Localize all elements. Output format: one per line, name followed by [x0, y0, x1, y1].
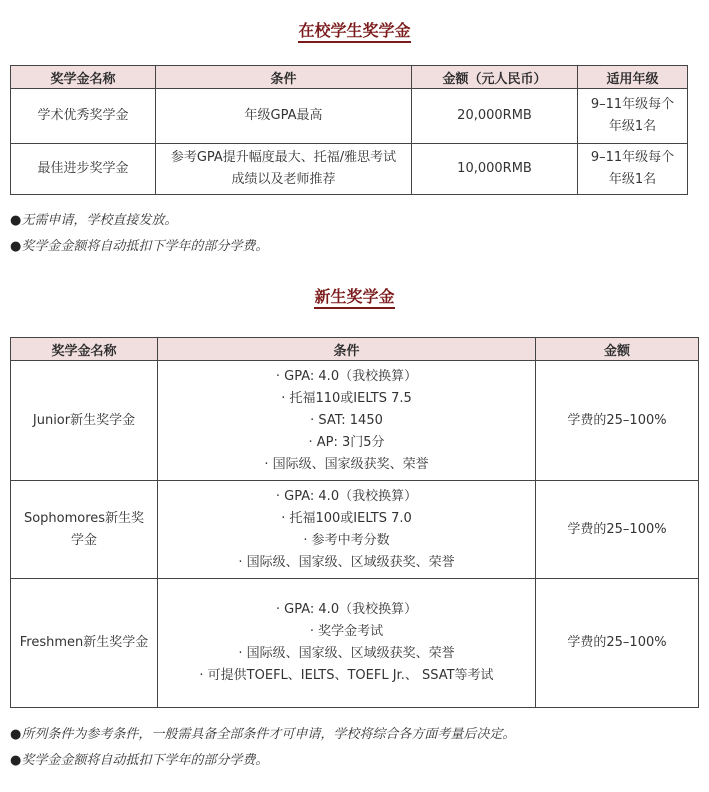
table-header-row: 奖学金名称 条件 金额（元人民币） 适用年级 [11, 66, 688, 89]
condition-line: · 国际级、国家级、区域级获奖、荣誉 [162, 552, 531, 574]
current-students-notes: ●无需申请，学校直接发放。 ●奖学金金额将自动抵扣下学年的部分学费。 [10, 208, 268, 260]
new-students-title-text: 新生奖学金 [314, 287, 394, 309]
note-text: 奖学金金额将自动抵扣下学年的部分学费。 [21, 239, 268, 254]
condition-line: · 国际级、国家级、区域级获奖、荣誉 [198, 643, 495, 665]
note-text: 无需申请，学校直接发放。 [21, 213, 177, 228]
bullet-icon: ● [10, 753, 21, 768]
table-row: 最佳进步奖学金 参考GPA提升幅度最大、托福/雅思考试成绩以及老师推荐 10,0… [11, 144, 688, 195]
table-row: Sophomores新生奖学金 · GPA: 4.0（我校换算） · 托福100… [11, 481, 699, 579]
scholarship-grade: 9–11年级每个年级1名 [578, 89, 688, 144]
new-students-notes: ●所列条件为参考条件，一般需具备全部条件才可申请，学校将综合各方面考量后决定。 … [10, 722, 515, 774]
condition-line: · 参考中考分数 [162, 530, 531, 552]
note-item: ●所列条件为参考条件，一般需具备全部条件才可申请，学校将综合各方面考量后决定。 [10, 722, 515, 748]
bullet-icon: ● [10, 239, 21, 254]
condition-line: · SAT: 1450 [162, 410, 531, 432]
table-header-row: 奖学金名称 条件 金额 [11, 338, 699, 361]
current-students-table: 奖学金名称 条件 金额（元人民币） 适用年级 学术优秀奖学金 年级GPA最高 2… [10, 65, 688, 195]
current-students-title-text: 在校学生奖学金 [298, 21, 410, 43]
header-amount: 金额 [536, 338, 699, 361]
condition-line: · 托福100或IELTS 7.0 [162, 508, 531, 530]
scholarship-amount: 20,000RMB [412, 89, 578, 144]
header-name: 奖学金名称 [11, 66, 156, 89]
scholarship-name: 最佳进步奖学金 [11, 144, 156, 195]
table-row: Junior新生奖学金 · GPA: 4.0（我校换算） · 托福110或IEL… [11, 361, 699, 481]
table-row: Freshmen新生奖学金 · GPA: 4.0（我校换算） · 奖学金考试 ·… [11, 579, 699, 708]
condition-line: · GPA: 4.0（我校换算） [162, 486, 531, 508]
scholarship-conditions: · GPA: 4.0（我校换算） · 托福100或IELTS 7.0 · 参考中… [158, 481, 536, 579]
note-item: ●奖学金金额将自动抵扣下学年的部分学费。 [10, 234, 268, 260]
scholarship-grade: 9–11年级每个年级1名 [578, 144, 688, 195]
bullet-icon: ● [10, 727, 21, 742]
scholarship-name: 学术优秀奖学金 [11, 89, 156, 144]
condition-line: · GPA: 4.0（我校换算） [162, 366, 531, 388]
condition-line: · 可提供TOEFL、IELTS、TOEFL Jr.、 SSAT等考试 [198, 665, 495, 687]
scholarship-amount: 学费的25–100% [536, 361, 699, 481]
note-item: ●无需申请，学校直接发放。 [10, 208, 268, 234]
scholarship-condition: 参考GPA提升幅度最大、托福/雅思考试成绩以及老师推荐 [156, 144, 412, 195]
header-grade: 适用年级 [578, 66, 688, 89]
new-students-title: 新生奖学金 [0, 287, 709, 307]
scholarship-amount: 学费的25–100% [536, 481, 699, 579]
scholarship-name: Freshmen新生奖学金 [11, 579, 158, 708]
new-students-table: 奖学金名称 条件 金额 Junior新生奖学金 · GPA: 4.0（我校换算）… [10, 337, 699, 708]
header-name: 奖学金名称 [11, 338, 158, 361]
note-item: ●奖学金金额将自动抵扣下学年的部分学费。 [10, 748, 515, 774]
current-students-title: 在校学生奖学金 [0, 21, 709, 41]
header-condition: 条件 [158, 338, 536, 361]
condition-line: · GPA: 4.0（我校换算） [198, 599, 495, 621]
scholarship-conditions: · GPA: 4.0（我校换算） · 托福110或IELTS 7.5 · SAT… [158, 361, 536, 481]
note-text: 奖学金金额将自动抵扣下学年的部分学费。 [21, 753, 268, 768]
condition-line: · AP: 3门5分 [162, 432, 531, 454]
table-row: 学术优秀奖学金 年级GPA最高 20,000RMB 9–11年级每个年级1名 [11, 89, 688, 144]
header-condition: 条件 [156, 66, 412, 89]
header-amount: 金额（元人民币） [412, 66, 578, 89]
condition-line: · 托福110或IELTS 7.5 [162, 388, 531, 410]
scholarship-amount: 10,000RMB [412, 144, 578, 195]
condition-line: · 奖学金考试 [198, 621, 495, 643]
bullet-icon: ● [10, 213, 21, 228]
scholarship-amount: 学费的25–100% [536, 579, 699, 708]
scholarship-condition: 年级GPA最高 [156, 89, 412, 144]
condition-line: · 国际级、国家级获奖、荣誉 [162, 454, 531, 476]
scholarship-name: Sophomores新生奖学金 [11, 481, 158, 579]
scholarship-conditions: · GPA: 4.0（我校换算） · 奖学金考试 · 国际级、国家级、区域级获奖… [158, 579, 536, 708]
scholarship-name: Junior新生奖学金 [11, 361, 158, 481]
note-text: 所列条件为参考条件，一般需具备全部条件才可申请，学校将综合各方面考量后决定。 [21, 727, 515, 742]
